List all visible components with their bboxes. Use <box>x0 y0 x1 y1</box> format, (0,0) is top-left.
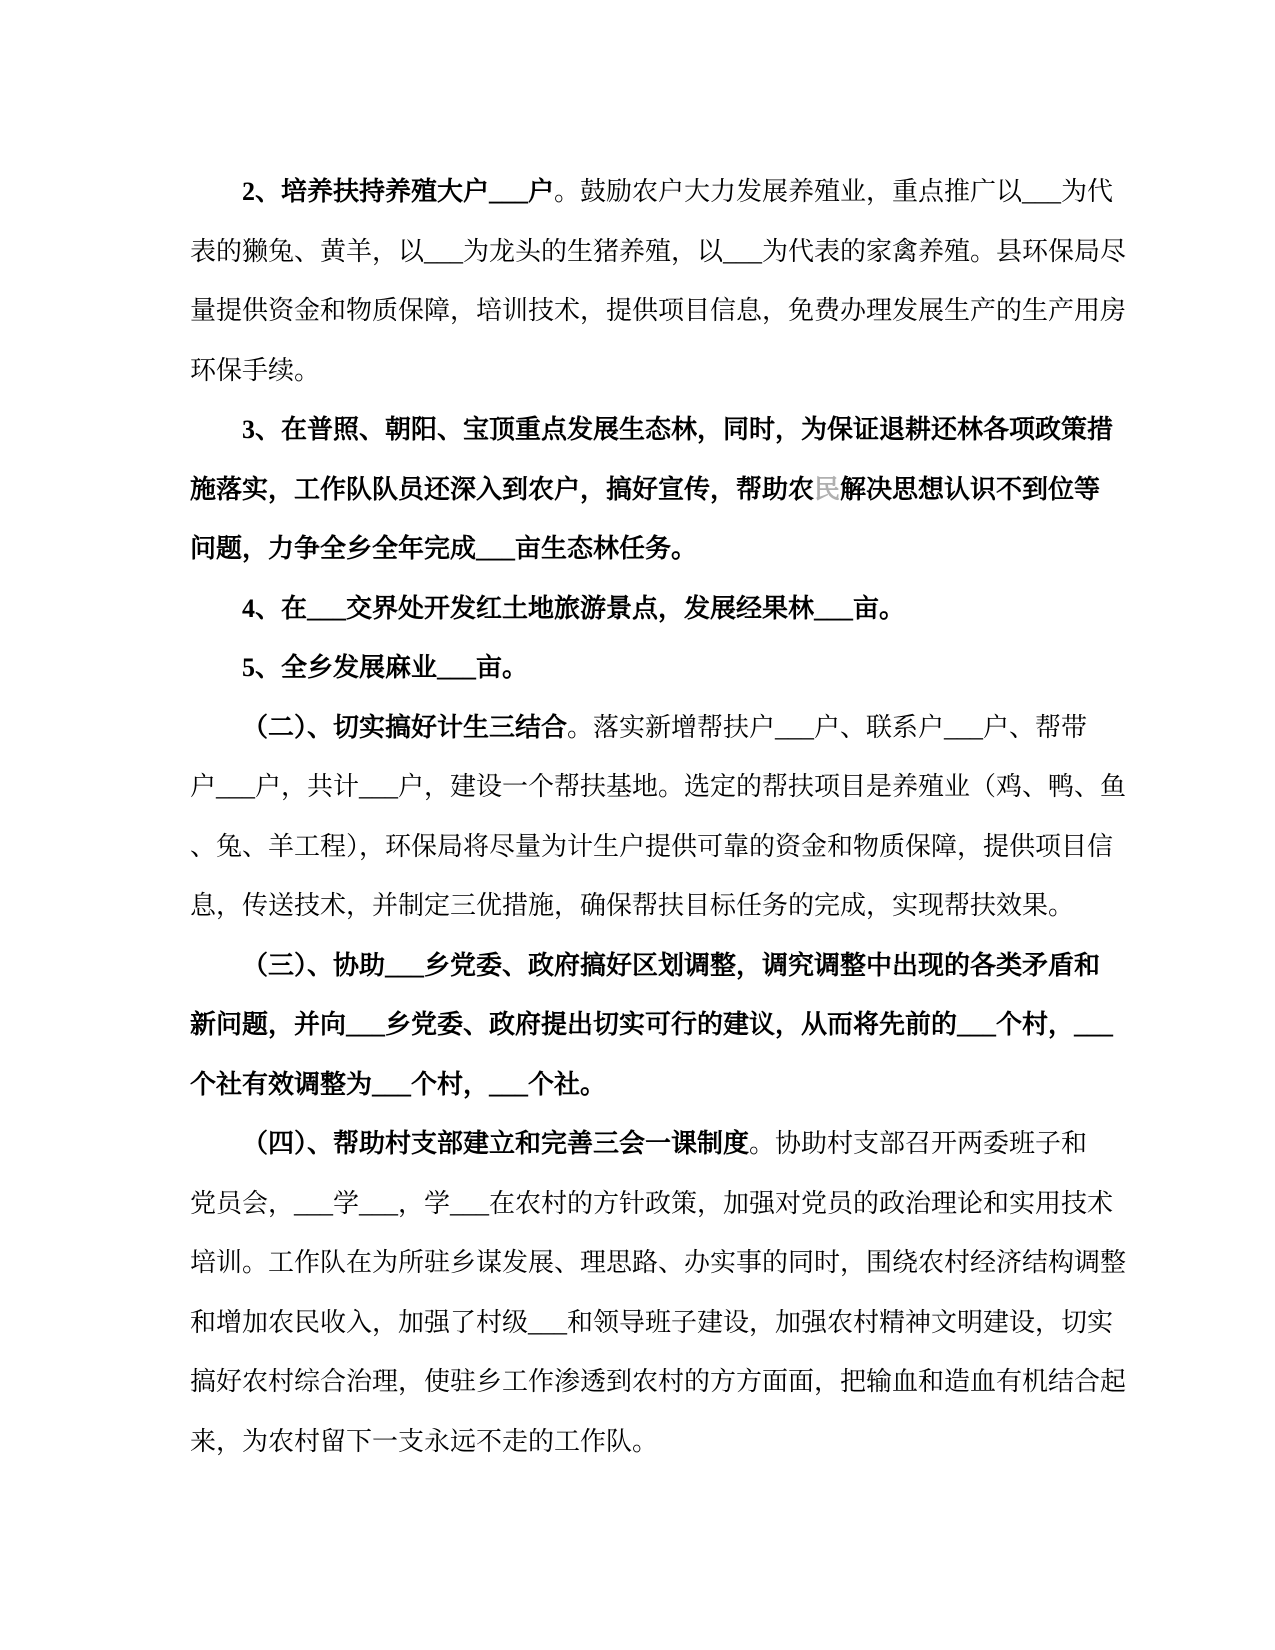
text-line: 培训。工作队在为所驻乡谋发展、理思路、办实事的同时，围绕农村经济结构调整 <box>190 1233 1110 1293</box>
text-segment: 施落实，工作队队员还深入到农户，搞好宣传，帮助农 <box>190 475 814 504</box>
text-line: 量提供资金和物质保障，培训技术，提供项目信息，免费办理发展生产的生产用房 <box>190 281 1110 341</box>
text-segment: 。协助村支部召开两委班子和 <box>749 1129 1087 1158</box>
text-line: （三）、协助___乡党委、政府搞好区划调整，调究调整中出现的各类矛盾和 <box>190 936 1110 996</box>
document-body: 2、培养扶持养殖大户___户。鼓励农户大力发展养殖业，重点推广以___为代表的獭… <box>190 162 1110 1471</box>
text-segment: 问题，力争全乡全年完成___亩生态林任务。 <box>190 534 697 563</box>
text-line: 新问题，并向___乡党委、政府提出切实可行的建议，从而将先前的___个村，___ <box>190 995 1110 1055</box>
text-line: 表的獭兔、黄羊，以___为龙头的生猪养殖，以___为代表的家禽养殖。县环保局尽 <box>190 222 1110 282</box>
text-line: 党员会，___学___，学___在农村的方针政策，加强对党员的政治理论和实用技术 <box>190 1174 1110 1234</box>
text-segment: 个社有效调整为___个村，___个社。 <box>190 1070 606 1099</box>
text-segment: （三）、协助___乡党委、政府搞好区划调整，调究调整中出现的各类矛盾和 <box>242 951 1100 980</box>
text-line: 5、全乡发展麻业___亩。 <box>190 638 1110 698</box>
text-segment: 来，为农村留下一支永远不走的工作队。 <box>190 1427 658 1456</box>
text-segment: 3、在普照、朝阳、宝顶重点发展生态林，同时，为保证退耕还林各项政策措 <box>242 415 1113 444</box>
text-segment: 5、全乡发展麻业___亩。 <box>242 653 528 682</box>
text-segment: 培训。工作队在为所驻乡谋发展、理思路、办实事的同时，围绕农村经济结构调整 <box>190 1248 1126 1277</box>
text-line: 个社有效调整为___个村，___个社。 <box>190 1055 1110 1115</box>
text-line: 、兔、羊工程），环保局将尽量为计生户提供可靠的资金和物质保障，提供项目信 <box>190 817 1110 877</box>
text-line: （四）、帮助村支部建立和完善三会一课制度。协助村支部召开两委班子和 <box>190 1114 1110 1174</box>
text-line: 施落实，工作队队员还深入到农户，搞好宣传，帮助农民解决思想认识不到位等 <box>190 460 1110 520</box>
document-page: 2、培养扶持养殖大户___户。鼓励农户大力发展养殖业，重点推广以___为代表的獭… <box>0 0 1275 1650</box>
text-segment: 和增加农民收入，加强了村级___和领导班子建设，加强农村精神文明建设，切实 <box>190 1308 1113 1337</box>
text-line: 息，传送技术，并制定三优措施，确保帮扶目标任务的完成，实现帮扶效果。 <box>190 876 1110 936</box>
text-segment: 户___户，共计___户，建设一个帮扶基地。选定的帮扶项目是养殖业（鸡、鸭、鱼 <box>190 772 1126 801</box>
text-segment: 。落实新增帮扶户___户、联系户___户、帮带 <box>567 713 1087 742</box>
text-segment: 党员会，___学___，学___在农村的方针政策，加强对党员的政治理论和实用技术 <box>190 1189 1113 1218</box>
text-segment: 2、培养扶持养殖大户___户 <box>242 177 554 206</box>
text-segment: 环保手续。 <box>190 356 320 385</box>
text-line: 3、在普照、朝阳、宝顶重点发展生态林，同时，为保证退耕还林各项政策措 <box>190 400 1110 460</box>
text-segment: （二）、切实搞好计生三结合 <box>242 713 567 742</box>
text-segment: 民 <box>814 475 840 504</box>
text-segment: 息，传送技术，并制定三优措施，确保帮扶目标任务的完成，实现帮扶效果。 <box>190 891 1074 920</box>
text-line: 来，为农村留下一支永远不走的工作队。 <box>190 1412 1110 1472</box>
text-line: 4、在___交界处开发红土地旅游景点，发展经果林___亩。 <box>190 579 1110 639</box>
text-segment: 表的獭兔、黄羊，以___为龙头的生猪养殖，以___为代表的家禽养殖。县环保局尽 <box>190 237 1126 266</box>
text-line: 户___户，共计___户，建设一个帮扶基地。选定的帮扶项目是养殖业（鸡、鸭、鱼 <box>190 757 1110 817</box>
text-segment: 搞好农村综合治理，使驻乡工作渗透到农村的方方面面，把输血和造血有机结合起 <box>190 1367 1126 1396</box>
text-line: 2、培养扶持养殖大户___户。鼓励农户大力发展养殖业，重点推广以___为代 <box>190 162 1110 222</box>
text-line: 问题，力争全乡全年完成___亩生态林任务。 <box>190 519 1110 579</box>
text-segment: 、兔、羊工程），环保局将尽量为计生户提供可靠的资金和物质保障，提供项目信 <box>190 832 1113 861</box>
text-line: 和增加农民收入，加强了村级___和领导班子建设，加强农村精神文明建设，切实 <box>190 1293 1110 1353</box>
text-line: （二）、切实搞好计生三结合。落实新增帮扶户___户、联系户___户、帮带 <box>190 698 1110 758</box>
text-segment: 解决思想认识不到位等 <box>840 475 1100 504</box>
text-segment: （四）、帮助村支部建立和完善三会一课制度 <box>242 1129 749 1158</box>
text-segment: 新问题，并向___乡党委、政府提出切实可行的建议，从而将先前的___个村，___ <box>190 1010 1113 1039</box>
text-line: 搞好农村综合治理，使驻乡工作渗透到农村的方方面面，把输血和造血有机结合起 <box>190 1352 1110 1412</box>
text-segment: 4、在___交界处开发红土地旅游景点，发展经果林___亩。 <box>242 594 905 623</box>
text-line: 环保手续。 <box>190 341 1110 401</box>
text-segment: 量提供资金和物质保障，培训技术，提供项目信息，免费办理发展生产的生产用房 <box>190 296 1126 325</box>
text-segment: 。鼓励农户大力发展养殖业，重点推广以___为代 <box>554 177 1113 206</box>
